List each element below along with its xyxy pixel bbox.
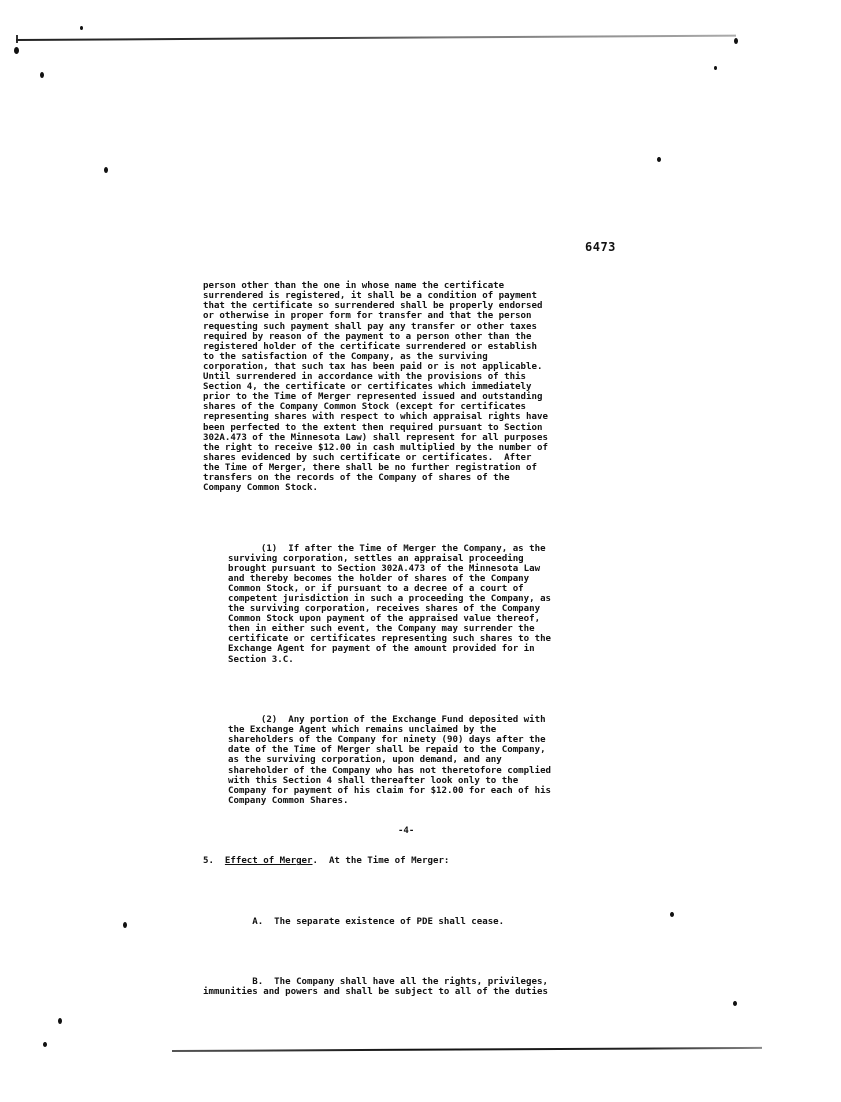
text-line: 302A.473 of the Minnesota Law) shall rep… xyxy=(203,433,683,443)
text-line: immunities and powers and shall be subje… xyxy=(203,987,683,997)
text-line: requesting such payment shall pay any tr… xyxy=(203,322,683,332)
text-line: prior to the Time of Merger represented … xyxy=(203,392,683,402)
page-number: -4- xyxy=(398,826,414,836)
text-line: or otherwise in proper form for transfer… xyxy=(203,311,683,321)
section-5-heading: 5. Effect of Merger. At the Time of Merg… xyxy=(203,856,683,866)
document-body: person other than the one in whose name … xyxy=(203,261,683,1007)
text-line: Company Common Stock. xyxy=(203,483,683,493)
text-line: Company Common Shares. xyxy=(228,796,683,806)
text-line: date of the Time of Merger shall be repa… xyxy=(228,745,683,755)
scan-speck xyxy=(80,26,83,30)
text-line: Exchange Agent for payment of the amount… xyxy=(228,644,683,654)
text-line: the Exchange Agent which remains unclaim… xyxy=(228,725,683,735)
text-line: the Time of Merger, there shall be no fu… xyxy=(203,463,683,473)
text-line: then in either such event, the Company m… xyxy=(228,624,683,634)
paragraph-item-1: (1) If after the Time of Merger the Comp… xyxy=(203,544,683,665)
text-line: B. The Company shall have all the rights… xyxy=(203,977,683,987)
text-line: representing shares with respect to whic… xyxy=(203,412,683,422)
scan-speck xyxy=(14,47,19,54)
scan-speck xyxy=(43,1042,47,1047)
scan-speck xyxy=(123,922,127,928)
paragraph-item-2: (2) Any portion of the Exchange Fund dep… xyxy=(203,715,683,806)
paragraph-opening: person other than the one in whose name … xyxy=(203,281,683,493)
text-line: as the surviving corporation, upon deman… xyxy=(228,755,683,765)
text-line: Section 3.C. xyxy=(228,655,683,665)
scan-speck xyxy=(733,1001,737,1006)
scan-speck xyxy=(104,167,108,173)
text-line: Company for payment of his claim for $12… xyxy=(228,786,683,796)
text-line: the surviving corporation, receives shar… xyxy=(228,604,683,614)
scan-border-bottom xyxy=(172,1047,762,1052)
text-line: to the satisfaction of the Company, as t… xyxy=(203,352,683,362)
text-line: the right to receive $12.00 in cash mult… xyxy=(203,443,683,453)
text-line: shares evidenced by such certificate or … xyxy=(203,453,683,463)
text-line: that the certificate so surrendered shal… xyxy=(203,301,683,311)
text-line: required by reason of the payment to a p… xyxy=(203,332,683,342)
text-line: (2) Any portion of the Exchange Fund dep… xyxy=(228,715,683,725)
text-line: surrendered is registered, it shall be a… xyxy=(203,291,683,301)
text-line: Common Stock upon payment of the apprais… xyxy=(228,614,683,624)
text-line: shareholder of the Company who has not t… xyxy=(228,766,683,776)
text-line: and thereby becomes the holder of shares… xyxy=(228,574,683,584)
section-5-item-a: A. The separate existence of PDE shall c… xyxy=(203,917,683,927)
scan-speck xyxy=(40,72,44,78)
scan-speck xyxy=(734,38,738,44)
text-line: competent jurisdiction in such a proceed… xyxy=(228,594,683,604)
text-line: shares of the Company Common Stock (exce… xyxy=(203,402,683,412)
scan-speck xyxy=(714,66,717,70)
text-line: (1) If after the Time of Merger the Comp… xyxy=(228,544,683,554)
page-stamp-number: 6473 xyxy=(585,240,616,254)
text-line: surviving corporation, settles an apprai… xyxy=(228,554,683,564)
text-line: Section 4, the certificate or certificat… xyxy=(203,382,683,392)
section-5-item-b: B. The Company shall have all the rights… xyxy=(203,977,683,997)
text-line: brought pursuant to Section 302A.473 of … xyxy=(228,564,683,574)
scan-speck xyxy=(657,157,661,162)
text-line: registered holder of the certificate sur… xyxy=(203,342,683,352)
text-line: Until surrendered in accordance with the… xyxy=(203,372,683,382)
text-line: with this Section 4 shall thereafter loo… xyxy=(228,776,683,786)
text-line: been perfected to the extent then requir… xyxy=(203,423,683,433)
text-line: corporation, that such tax has been paid… xyxy=(203,362,683,372)
text-line: Common Stock, or if pursuant to a decree… xyxy=(228,584,683,594)
text-line: shareholders of the Company for ninety (… xyxy=(228,735,683,745)
section-title: Effect of Merger xyxy=(225,856,313,866)
text-line: transfers on the records of the Company … xyxy=(203,473,683,483)
scan-speck xyxy=(58,1018,62,1024)
text-line: person other than the one in whose name … xyxy=(203,281,683,291)
text-line: certificate or certificates representing… xyxy=(228,634,683,644)
section-lead: . At the Time of Merger: xyxy=(313,856,450,866)
scan-border-top xyxy=(16,35,736,41)
section-number: 5. xyxy=(203,856,225,866)
